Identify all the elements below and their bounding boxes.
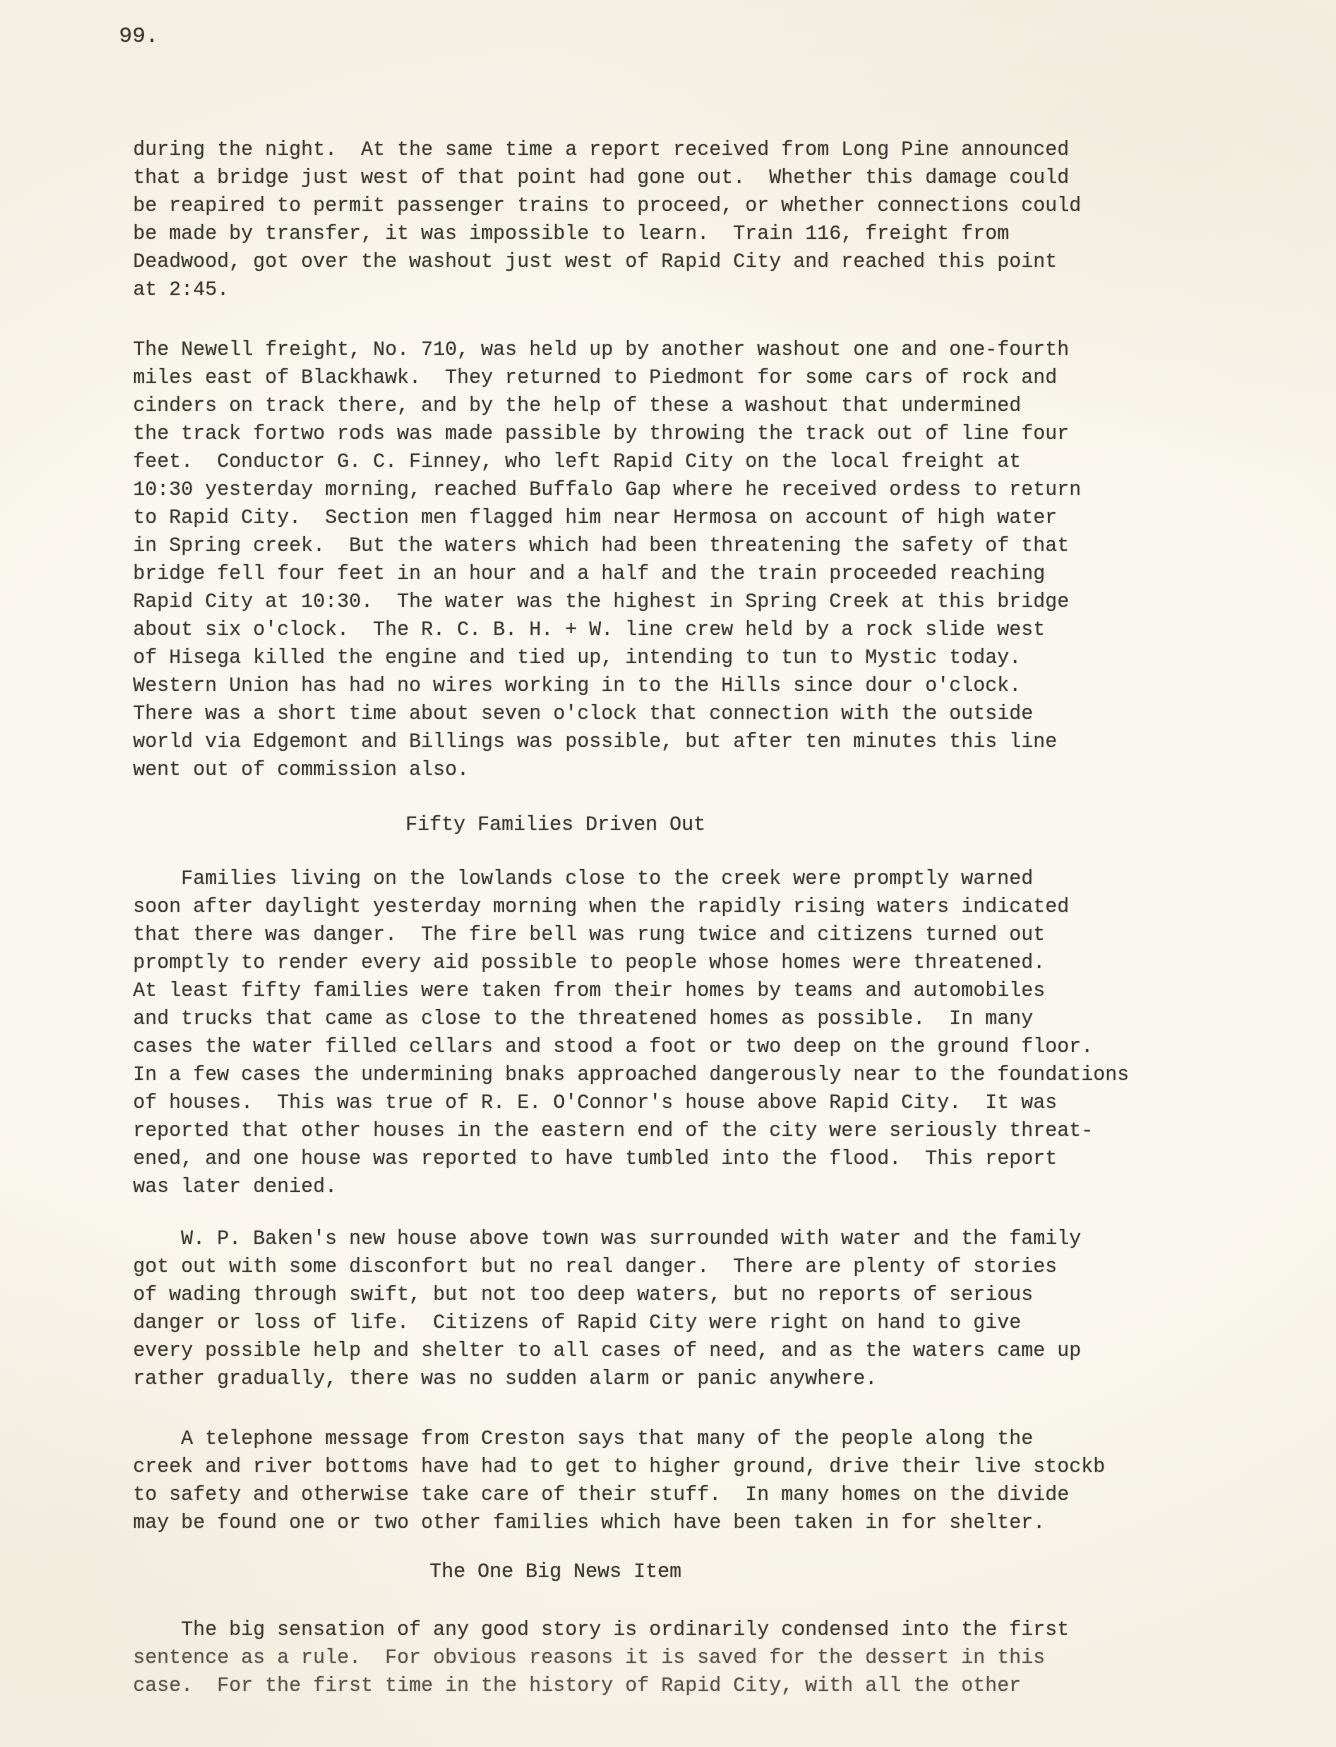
text-line: in Spring creek. But the waters which ha… [133,533,1313,561]
page-number: 99. [119,24,159,50]
text-line: soon after daylight yesterday morning wh… [133,894,1313,922]
text-line: At least fifty families were taken from … [133,978,1313,1006]
text-line: ened, and one house was reported to have… [133,1146,1313,1174]
text-line: every possible help and shelter to all c… [133,1338,1313,1366]
section-heading-fifty-families: Fifty Families Driven Out [133,812,978,840]
text-line: the track fortwo rods was made passible … [133,421,1313,449]
text-line: rather gradually, there was no sudden al… [133,1366,1313,1394]
text-line: got out with some disconfort but no real… [133,1254,1313,1282]
paragraph-baken-house: W. P. Baken's new house above town was s… [133,1226,1313,1394]
text-line: at 2:45. [133,277,1313,305]
text-line: Deadwood, got over the washout just west… [133,249,1313,277]
text-line: Families living on the lowlands close to… [133,866,1313,894]
text-line: feet. Conductor G. C. Finney, who left R… [133,449,1313,477]
text-line: was later denied. [133,1174,1313,1202]
text-line: Rapid City at 10:30. The water was the h… [133,589,1313,617]
text-line: of wading through swift, but not too dee… [133,1282,1313,1310]
text-line: The Newell freight, No. 710, was held up… [133,337,1313,365]
text-line: be made by transfer, it was impossible t… [133,221,1313,249]
text-line: In a few cases the undermining bnaks app… [133,1062,1313,1090]
text-line: W. P. Baken's new house above town was s… [133,1226,1313,1254]
paragraph-big-sensation: The big sensation of any good story is o… [133,1617,1313,1701]
text-line: The big sensation of any good story is o… [133,1617,1313,1645]
text-line: to safety and otherwise take care of the… [133,1482,1313,1510]
text-line: miles east of Blackhawk. They returned t… [133,365,1313,393]
text-line: case. For the first time in the history … [133,1673,1313,1701]
text-line: 10:30 yesterday morning, reached Buffalo… [133,477,1313,505]
text-line: and trucks that came as close to the thr… [133,1006,1313,1034]
text-line: bridge fell four feet in an hour and a h… [133,561,1313,589]
paragraph-creston-message: A telephone message from Creston says th… [133,1426,1313,1538]
text-line: A telephone message from Creston says th… [133,1426,1313,1454]
paragraph-newell-freight: The Newell freight, No. 710, was held up… [133,337,1313,785]
paragraph-families-warned: Families living on the lowlands close to… [133,866,1313,1202]
text-line: that there was danger. The fire bell was… [133,922,1313,950]
text-line: cases the water filled cellars and stood… [133,1034,1313,1062]
text-line: be reapired to permit passenger trains t… [133,193,1313,221]
section-heading-one-big-news: The One Big News Item [133,1559,978,1587]
text-line: that a bridge just west of that point ha… [133,165,1313,193]
text-line: about six o'clock. The R. C. B. H. + W. … [133,617,1313,645]
text-line: of Hisega killed the engine and tied up,… [133,645,1313,673]
text-line: of houses. This was true of R. E. O'Conn… [133,1090,1313,1118]
text-line: during the night. At the same time a rep… [133,137,1313,165]
text-line: cinders on track there, and by the help … [133,393,1313,421]
text-line: to Rapid City. Section men flagged him n… [133,505,1313,533]
text-line: promptly to render every aid possible to… [133,950,1313,978]
text-line: danger or loss of life. Citizens of Rapi… [133,1310,1313,1338]
text-column: during the night. At the same time a rep… [133,137,1313,1701]
text-line: went out of commission also. [133,757,1313,785]
text-line: reported that other houses in the easter… [133,1118,1313,1146]
text-line: Western Union has had no wires working i… [133,673,1313,701]
document-page: 99. during the night. At the same time a… [0,0,1336,1747]
paragraph-night-report: during the night. At the same time a rep… [133,137,1313,305]
text-line: creek and river bottoms have had to get … [133,1454,1313,1482]
text-line: There was a short time about seven o'clo… [133,701,1313,729]
text-line: world via Edgemont and Billings was poss… [133,729,1313,757]
text-line: may be found one or two other families w… [133,1510,1313,1538]
text-line: sentence as a rule. For obvious reasons … [133,1645,1313,1673]
